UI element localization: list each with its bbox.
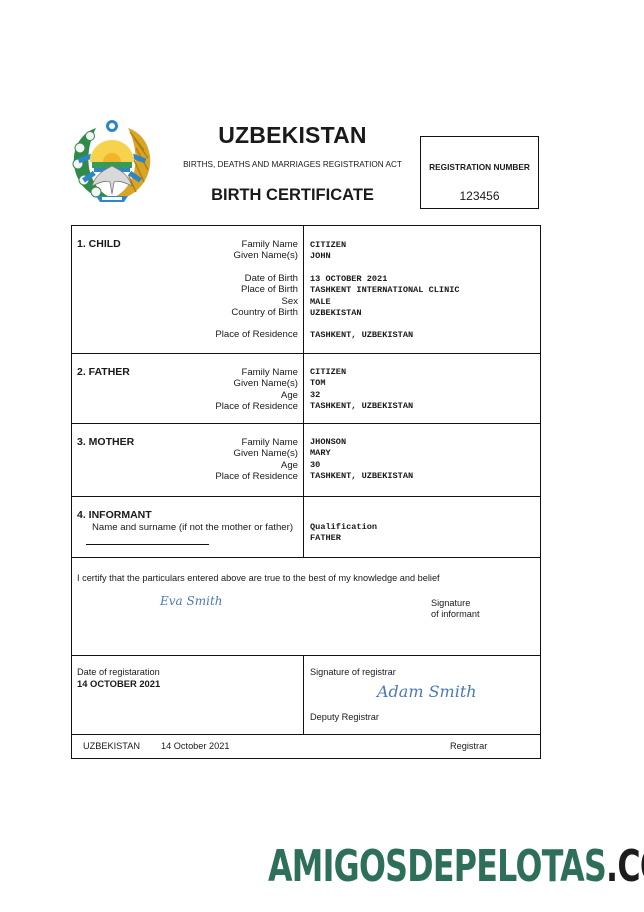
label-family-name: Family Name [215, 367, 298, 378]
father-values: CITIZEN TOM 32 TASHKENT, UZBEKISTAN [310, 367, 413, 413]
child-labels: Family Name Given Name(s) Date of Birth … [215, 239, 298, 341]
label-date-of-birth: Date of Birth [215, 273, 298, 284]
father-family-name: CITIZEN [310, 367, 413, 378]
label-family-name: Family Name [215, 437, 298, 448]
qualification-label: Qualification [310, 522, 377, 533]
date-of-registration-value: 14 OCTOBER 2021 [77, 678, 160, 689]
mother-values: JHONSON MARY 30 TASHKENT, UZBEKISTAN [310, 437, 413, 483]
registration-number-value: 123456 [421, 189, 538, 203]
informant-name-line [86, 544, 209, 545]
date-of-registration-label: Date of registaration [77, 667, 160, 677]
registration-act: BIRTHS, DEATHS AND MARRIAGES REGISTRATIO… [160, 160, 425, 169]
informant-name-label: Name and surname (if not the mother or f… [92, 522, 293, 533]
father-given-names: TOM [310, 378, 413, 389]
mother-place-of-residence: TASHKENT, UZBEKISTAN [310, 471, 413, 482]
footer-date: 14 October 2021 [161, 741, 229, 751]
label-place-of-residence: Place of Residence [215, 471, 298, 482]
label-sex: Sex [215, 296, 298, 307]
certification-section: I certify that the particulars entered a… [72, 558, 540, 656]
child-place-of-residence: TASHKENT, UZBEKISTAN [310, 330, 460, 341]
label-given-names: Given Name(s) [215, 250, 298, 261]
child-date-of-birth: 13 OCTOBER 2021 [310, 274, 460, 285]
informant-section: 4. INFORMANT Name and surname (if not th… [72, 497, 540, 558]
registrar-signature: Adam Smith [377, 682, 477, 701]
child-given-names: JOHN [310, 251, 460, 262]
registration-number-box: REGISTRATION NUMBER 123456 [420, 136, 539, 209]
child-values: CITIZEN JOHN 13 OCTOBER 2021 TASHKENT IN… [310, 240, 460, 342]
label-place-of-birth: Place of Birth [215, 284, 298, 295]
father-section-title: 2. FATHER [77, 366, 130, 378]
label-place-of-residence: Place of Residence [215, 401, 298, 412]
document-title: BIRTH CERTIFICATE [160, 186, 425, 205]
registration-details-section: Date of registaration 14 OCTOBER 2021 Si… [72, 656, 540, 735]
label-family-name: Family Name [215, 239, 298, 250]
registrar-signature-label: Signature of registrar [310, 667, 396, 677]
certificate-form: 1. CHILD Family Name Given Name(s) Date … [71, 225, 541, 759]
mother-age: 30 [310, 460, 413, 471]
signature-label-line1: Signature [431, 598, 480, 609]
father-age: 32 [310, 390, 413, 401]
informant-signature: Eva Smith [160, 594, 223, 608]
footer-country: UZBEKISTAN [83, 741, 140, 751]
label-age: Age [215, 390, 298, 401]
child-country-of-birth: UZBEKISTAN [310, 308, 460, 319]
watermark-part1: AMIGOSDEPELOTAS [268, 841, 606, 892]
label-country-of-birth: Country of Birth [215, 307, 298, 318]
qualification-value: FATHER [310, 533, 377, 544]
watermark-part2: .COM [606, 841, 644, 892]
uzbekistan-state-emblem-icon [68, 116, 156, 206]
footer-role: Registrar [450, 741, 487, 751]
label-place-of-residence: Place of Residence [215, 329, 298, 340]
registration-number-label: REGISTRATION NUMBER [421, 162, 538, 172]
mother-family-name: JHONSON [310, 437, 413, 448]
father-place-of-residence: TASHKENT, UZBEKISTAN [310, 401, 413, 412]
child-family-name: CITIZEN [310, 240, 460, 251]
informant-section-title: 4. INFORMANT [77, 509, 152, 521]
deputy-registrar-label: Deputy Registrar [310, 712, 379, 722]
certification-statement: I certify that the particulars entered a… [77, 573, 440, 583]
watermark: AMIGOSDEPELOTAS.COM [268, 838, 644, 896]
footer-row: UZBEKISTAN 14 October 2021 Registrar [72, 735, 540, 758]
country-title: UZBEKISTAN [160, 122, 425, 149]
label-given-names: Given Name(s) [215, 378, 298, 389]
label-age: Age [215, 460, 298, 471]
child-section-title: 1. CHILD [77, 238, 121, 250]
mother-given-names: MARY [310, 448, 413, 459]
child-sex: MALE [310, 297, 460, 308]
child-place-of-birth: TASHKENT INTERNATIONAL CLINIC [310, 285, 460, 296]
signature-label-line2: of informant [431, 609, 480, 620]
mother-section: 3. MOTHER Family Name Given Name(s) Age … [72, 424, 540, 497]
father-section: 2. FATHER Family Name Given Name(s) Age … [72, 354, 540, 424]
child-section: 1. CHILD Family Name Given Name(s) Date … [72, 226, 540, 354]
label-given-names: Given Name(s) [215, 448, 298, 459]
mother-section-title: 3. MOTHER [77, 436, 134, 448]
